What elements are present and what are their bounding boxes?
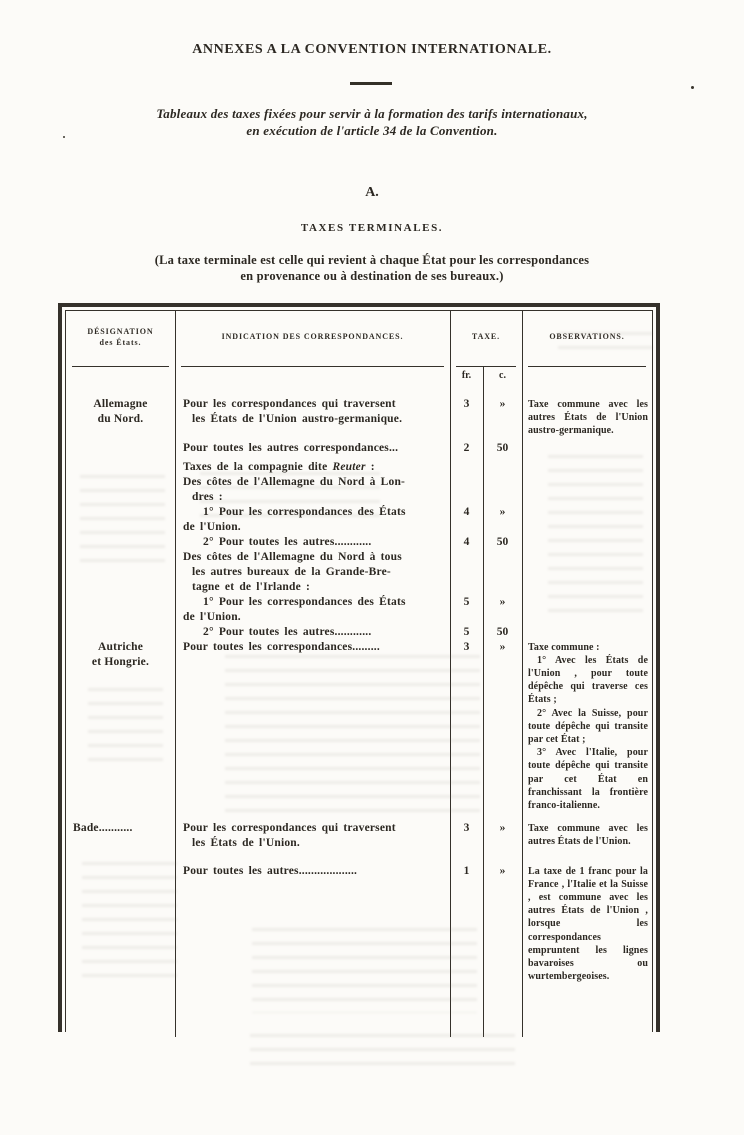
observations-cell: [522, 505, 652, 507]
indication-cell: 2° Pour toutes les autres............: [175, 535, 450, 550]
observations-cell: Taxe commune :1° Avec les États de l'Uni…: [522, 640, 652, 813]
subheader-empty: [66, 367, 175, 392]
taxe-centimes-cell: [483, 460, 522, 461]
indication-cell: 1° Pour les correspondances des Étatsde …: [175, 595, 450, 625]
taxe-centimes-cell: »: [483, 397, 522, 412]
section-letter: A.: [0, 185, 744, 201]
subheader-empty: [522, 367, 652, 392]
taxe-centimes-cell: 50: [483, 441, 522, 456]
taxe-centimes-cell: [483, 550, 522, 551]
observation-paragraph: 1° Avec les États de l'Union , pour tout…: [528, 654, 648, 707]
note-line-2: en provenance ou à destination de ses bu…: [0, 268, 744, 284]
taxe-francs-cell: [450, 475, 483, 476]
observations-cell: [522, 550, 652, 552]
state-name-line: et Hongrie.: [68, 655, 173, 670]
section-title: TAXES TERMINALES.: [0, 222, 744, 234]
taxe-francs-cell: 3: [450, 397, 483, 412]
observations-cell: Taxe commune avec les autres États de l'…: [522, 821, 652, 848]
table-row: 1° Pour les correspondances des Étatsde …: [66, 505, 652, 535]
indication-cell: Taxes de la compagnie dite Reuter :: [175, 460, 450, 475]
document-title: ANNEXES A LA CONVENTION INTERNATIONALE.: [0, 42, 744, 58]
indication-line: 1° Pour les correspondances des États: [175, 505, 450, 520]
taxe-francs-cell: 3: [450, 821, 483, 836]
tax-table-inner: DÉSIGNATION des États. INDICATION DES CO…: [65, 310, 653, 1032]
indication-line: Pour les correspondances qui traversent: [175, 397, 450, 412]
table-row: Autricheet Hongrie.Pour toutes les corre…: [66, 640, 652, 821]
state-cell: Bade...........: [66, 821, 175, 836]
observation-paragraph: Taxe commune avec les autres États de l'…: [528, 822, 648, 848]
table-row: Pour toutes les autres correspondances..…: [66, 438, 652, 456]
taxe-centimes-cell: »: [483, 505, 522, 520]
taxe-centimes-cell: 50: [483, 625, 522, 640]
state-cell: [66, 475, 175, 476]
header-taxe-label: TAXE.: [450, 331, 522, 342]
indication-cell: Pour les correspondances qui traversentl…: [175, 397, 450, 427]
indication-cell: Pour toutes les autres correspondances..…: [175, 441, 450, 456]
state-cell: [66, 625, 175, 626]
observation-paragraph: Taxe commune :: [528, 641, 648, 654]
header-cell-indication: INDICATION DES CORRESPONDANCES.: [175, 311, 450, 367]
taxe-francs-cell: [450, 550, 483, 551]
table-row: Taxes de la compagnie dite Reuter :: [66, 456, 652, 475]
observations-cell: [522, 625, 652, 627]
observation-paragraph: 2° Avec la Suisse, pour toute dépêche qu…: [528, 707, 648, 747]
observation-paragraph: Taxe commune avec les autres États de l'…: [528, 398, 648, 438]
table-row: Des côtes de l'Allemagne du Nord à tousl…: [66, 550, 652, 595]
table-row: 2° Pour toutes les autres............550: [66, 625, 652, 640]
indication-cell: Pour toutes les correspondances.........: [175, 640, 450, 655]
indication-line: les autres bureaux de la Grande-Bre-: [175, 565, 450, 580]
tax-table: DÉSIGNATION des États. INDICATION DES CO…: [58, 303, 660, 1032]
state-cell: [66, 505, 175, 506]
taxe-francs-cell: 1: [450, 864, 483, 879]
column-divider: [450, 311, 451, 367]
indication-line: Pour toutes les correspondances.........: [175, 640, 450, 655]
indication-line: Des côtes de l'Allemagne du Nord à Lon-: [175, 475, 450, 490]
state-name-line: du Nord.: [68, 412, 173, 427]
taxe-francs-cell: 5: [450, 595, 483, 610]
indication-line: de l'Union.: [175, 520, 450, 535]
indication-line: Pour les correspondances qui traversent: [175, 821, 450, 836]
indication-cell: Des côtes de l'Allemagne du Nord à tousl…: [175, 550, 450, 595]
francs-centimes-divider: [483, 367, 484, 392]
francs-centimes-divider: [483, 392, 484, 1037]
observation-paragraph: La taxe de 1 franc pour la France , l'It…: [528, 865, 648, 984]
taxe-francs-cell: 4: [450, 535, 483, 550]
observations-cell: [522, 441, 652, 443]
taxe-francs-cell: 2: [450, 441, 483, 456]
indication-line: Des côtes de l'Allemagne du Nord à tous: [175, 550, 450, 565]
taxe-francs-cell: 4: [450, 505, 483, 520]
note-line-1: (La taxe terminale est celle qui revient…: [0, 252, 744, 268]
taxe-centimes-cell: »: [483, 821, 522, 836]
indication-cell: 2° Pour toutes les autres............: [175, 625, 450, 640]
bleedthrough-smudge: [250, 1034, 515, 1066]
header-designation-line2: des États.: [66, 337, 175, 348]
indication-line: dres :: [175, 490, 450, 505]
indication-line: Pour toutes les autres correspondances..…: [175, 441, 450, 456]
subtitle-line-1: Tableaux des taxes fixées pour servir à …: [0, 105, 744, 122]
state-name-line: Autriche: [68, 640, 173, 655]
scanned-document-page: ANNEXES A LA CONVENTION INTERNATIONALE. …: [0, 0, 744, 1135]
table-row: Allemagnedu Nord.Pour les correspondance…: [66, 397, 652, 438]
observations-cell: Taxe commune avec les autres États de l'…: [522, 397, 652, 438]
observations-cell: [522, 535, 652, 537]
observations-cell: [522, 595, 652, 597]
state-cell: [66, 535, 175, 536]
state-name-line: Allemagne: [68, 397, 173, 412]
header-observations-label: OBSERVATIONS.: [522, 331, 652, 342]
indication-line: Pour toutes les autres..................…: [175, 864, 450, 879]
state-cell: [66, 441, 175, 442]
divider-rule: [350, 82, 392, 85]
column-divider: [450, 392, 451, 1037]
column-divider: [522, 311, 523, 367]
indication-line: Taxes de la compagnie dite Reuter :: [175, 460, 450, 475]
column-divider: [522, 367, 523, 392]
table-row: Pour toutes les autres..................…: [66, 863, 652, 984]
ink-speck: [691, 86, 694, 89]
indication-cell: Pour les correspondances qui traversentl…: [175, 821, 450, 851]
subheader-empty: [175, 367, 450, 392]
italic-word: Reuter: [332, 461, 365, 473]
taxe-francs-cell: 3: [450, 640, 483, 655]
taxe-francs-cell: [450, 460, 483, 461]
indication-cell: Pour toutes les autres..................…: [175, 864, 450, 879]
document-subtitle: Tableaux des taxes fixées pour servir à …: [0, 105, 744, 139]
state-cell: [66, 550, 175, 551]
observation-paragraph: 3° Avec l'Italie, pour toute dépêche qui…: [528, 746, 648, 812]
indication-line: 2° Pour toutes les autres............: [175, 535, 450, 550]
table-body: Allemagnedu Nord.Pour les correspondance…: [66, 392, 652, 1037]
column-divider: [522, 392, 523, 1037]
column-divider: [450, 367, 451, 392]
column-divider: [175, 311, 176, 367]
indication-line: de l'Union.: [175, 610, 450, 625]
subheader-francs: fr.: [450, 367, 483, 392]
table-header-row: DÉSIGNATION des États. INDICATION DES CO…: [66, 311, 652, 367]
observations-cell: [522, 460, 652, 462]
indication-cell: 1° Pour les correspondances des Étatsde …: [175, 505, 450, 535]
indication-line: 1° Pour les correspondances des États: [175, 595, 450, 610]
state-cell: [66, 460, 175, 461]
indication-line: 2° Pour toutes les autres............: [175, 625, 450, 640]
table-row: 2° Pour toutes les autres............450: [66, 535, 652, 550]
table-row: Bade...........Pour les correspondances …: [66, 821, 652, 863]
state-cell: [66, 595, 175, 596]
state-cell: Allemagnedu Nord.: [66, 397, 175, 427]
state-cell: Autricheet Hongrie.: [66, 640, 175, 670]
taxe-subheader-row: fr. c.: [66, 367, 652, 392]
state-cell: [66, 864, 175, 865]
taxe-centimes-cell: [483, 475, 522, 476]
taxe-centimes-cell: »: [483, 864, 522, 879]
indication-line: les États de l'Union.: [175, 836, 450, 851]
indication-line: tagne et de l'Irlande :: [175, 580, 450, 595]
taxe-centimes-cell: 50: [483, 535, 522, 550]
header-indication-label: INDICATION DES CORRESPONDANCES.: [175, 331, 450, 342]
column-divider: [175, 392, 176, 1037]
state-name-line: Bade...........: [73, 821, 173, 836]
header-cell-observations: OBSERVATIONS.: [522, 311, 652, 367]
taxe-centimes-cell: »: [483, 595, 522, 610]
header-cell-taxe: TAXE.: [450, 311, 522, 367]
table-note: (La taxe terminale est celle qui revient…: [0, 252, 744, 284]
observations-cell: La taxe de 1 franc pour la France , l'It…: [522, 864, 652, 984]
observations-cell: [522, 475, 652, 477]
table-row: 1° Pour les correspondances des Étatsde …: [66, 595, 652, 625]
header-cell-designation: DÉSIGNATION des États.: [66, 311, 175, 367]
subheader-centimes: c.: [483, 367, 522, 392]
indication-cell: Des côtes de l'Allemagne du Nord à Lon-d…: [175, 475, 450, 505]
subtitle-line-2: en exécution de l'article 34 de la Conve…: [0, 122, 744, 139]
table-row: Des côtes de l'Allemagne du Nord à Lon-d…: [66, 475, 652, 505]
column-divider: [175, 367, 176, 392]
indication-line: les États de l'Union austro-germanique.: [175, 412, 450, 427]
taxe-francs-cell: 5: [450, 625, 483, 640]
taxe-centimes-cell: »: [483, 640, 522, 655]
header-designation-line1: DÉSIGNATION: [66, 326, 175, 337]
